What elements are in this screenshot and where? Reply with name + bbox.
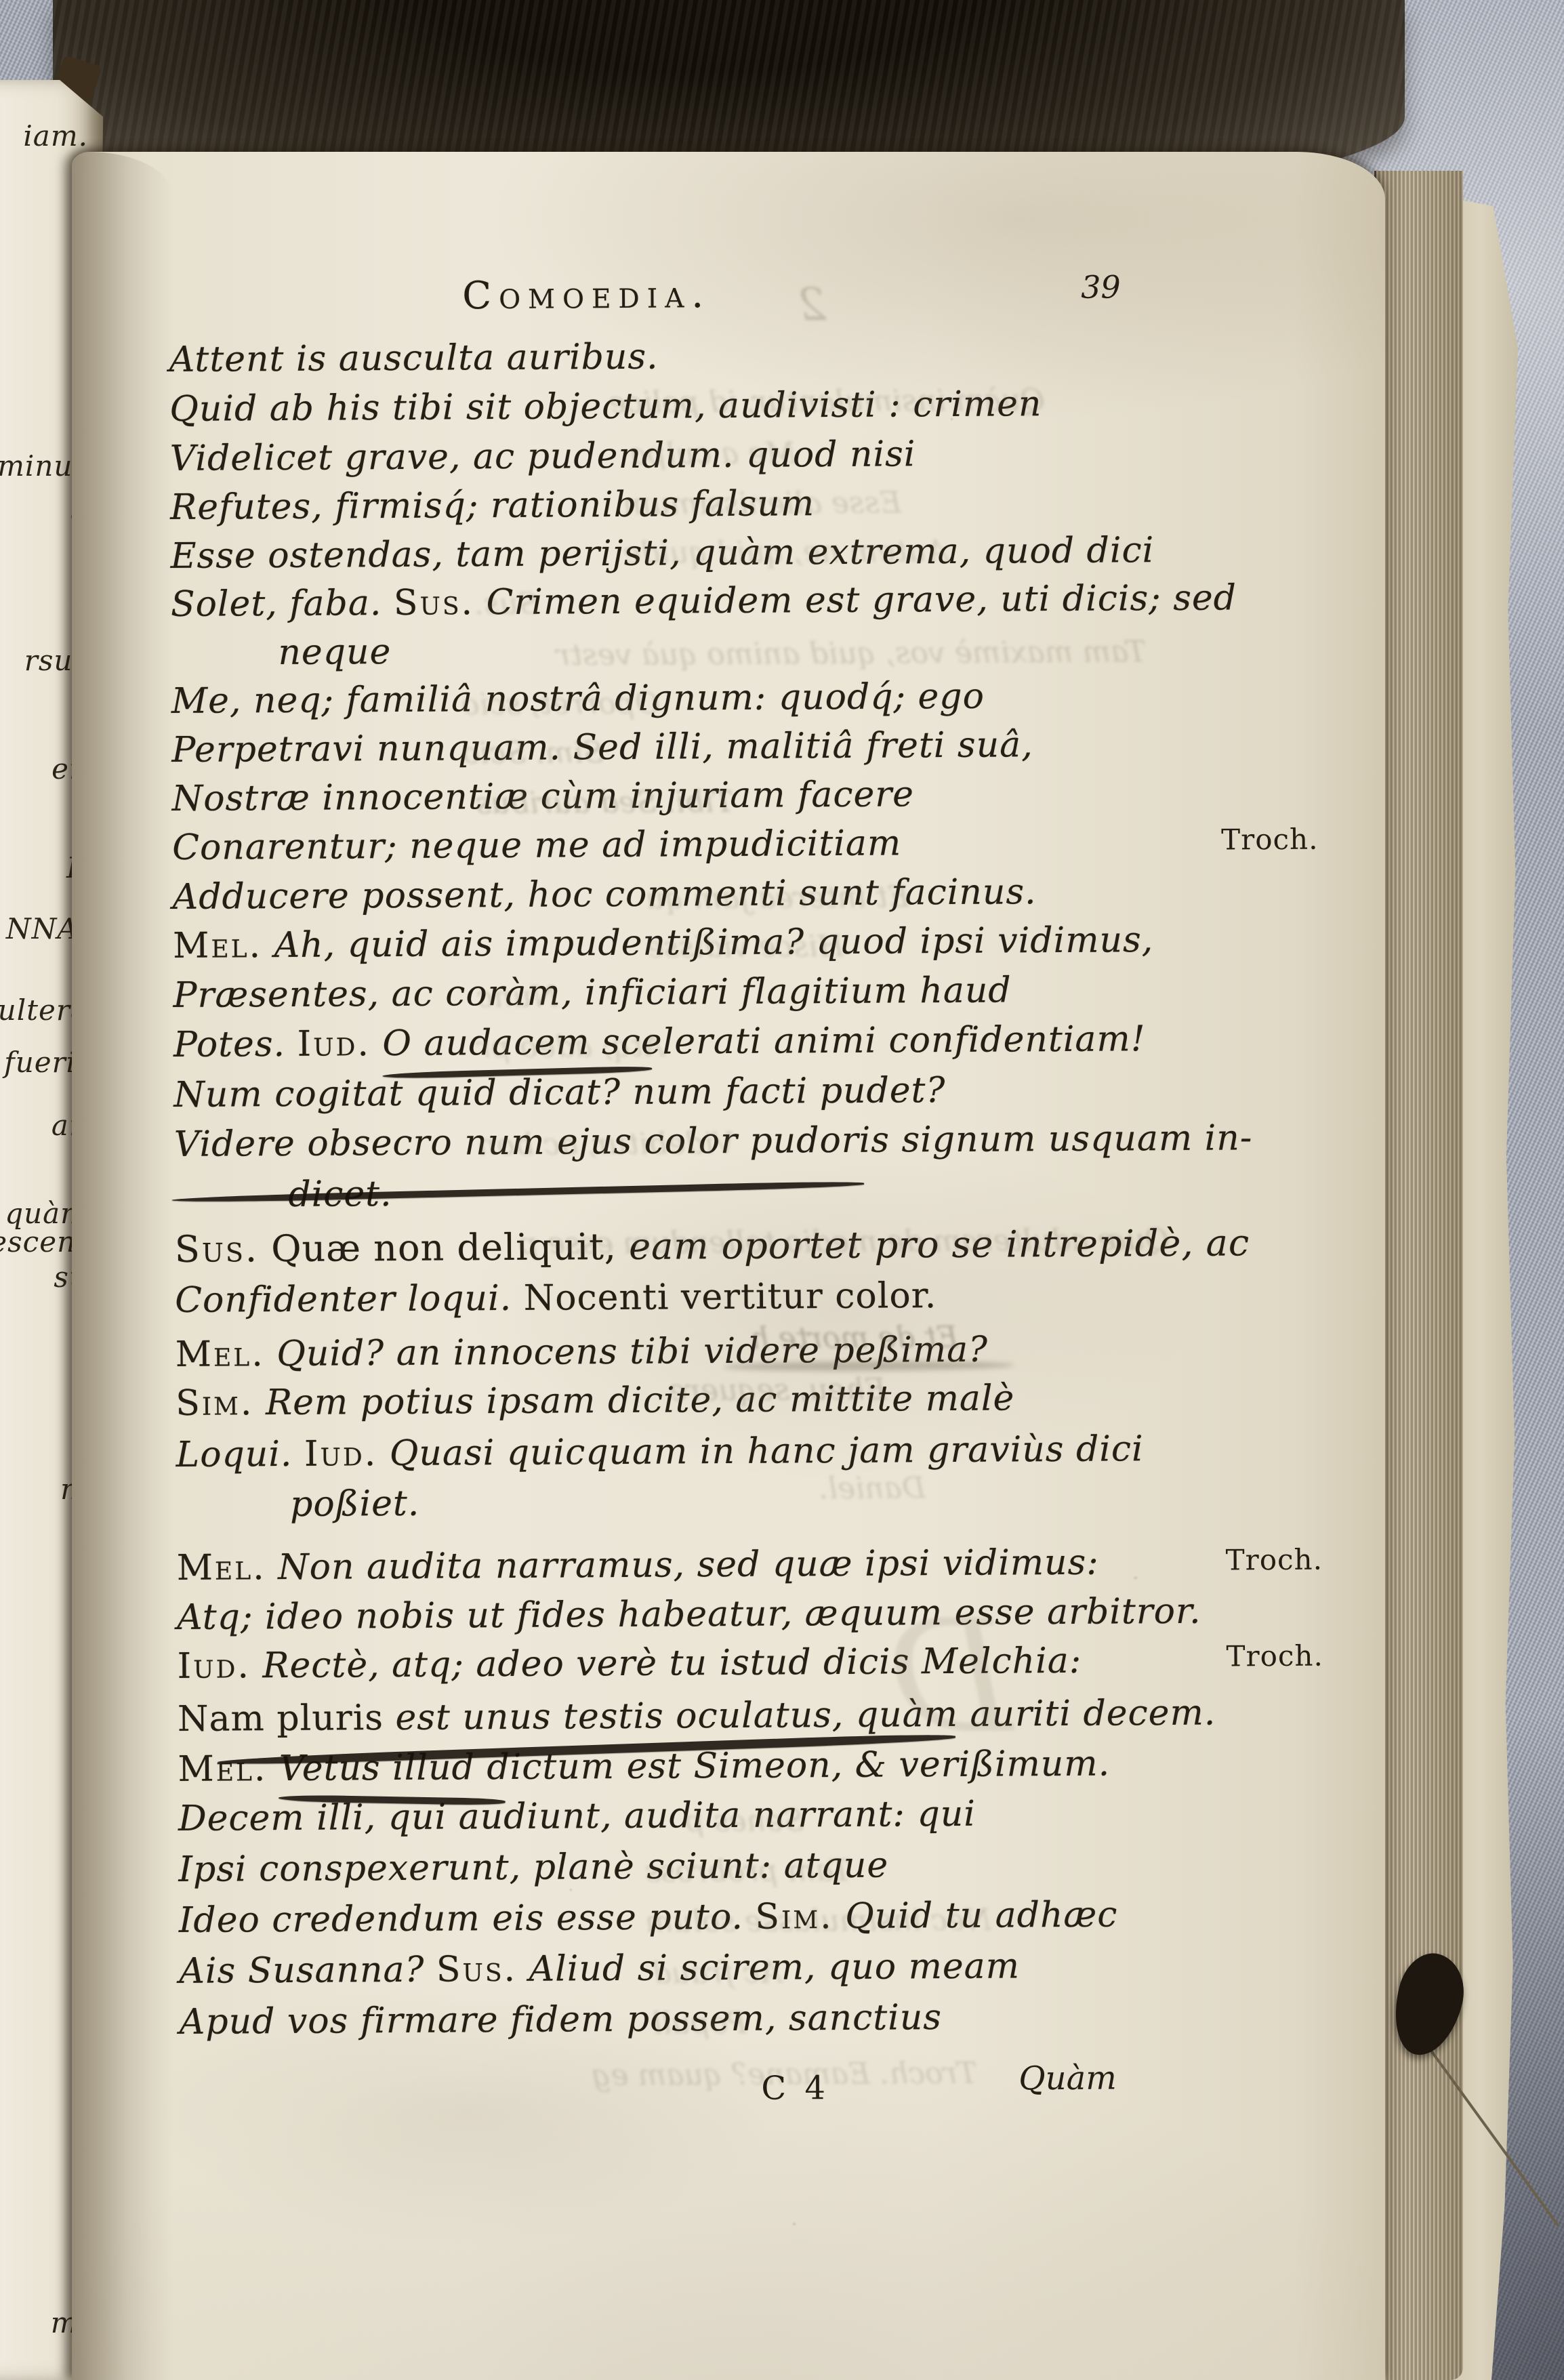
text-run: Confidenter loqui. (175, 1278, 524, 1321)
show-through-text: Popull (653, 2006, 747, 2041)
handwritten-underline (171, 1181, 864, 1204)
text-run: Rem potius ipsam dicite, ac mittite malè (253, 1378, 1014, 1423)
show-through-text: Esse alienissimum (623, 485, 901, 522)
text-run: Mel. (176, 1334, 265, 1375)
show-through-text: Et interea jam qu (646, 880, 910, 916)
show-through-text: Atq; adeo pr (477, 1029, 664, 1065)
text-line: Videlicet grave, ac pudendum. quod nisi (170, 434, 916, 479)
catchword: Quàm (1018, 2059, 1117, 2098)
text-line: neque (278, 632, 391, 673)
text-run: Mel. (173, 925, 262, 966)
text-run: Attent is ausculta auribus. (169, 337, 659, 380)
show-through-text: Sus. (474, 587, 539, 622)
text-run: Crimen equidem est grave, uti dicis; sed (474, 577, 1237, 623)
text-run: Sus. (175, 1227, 260, 1271)
margin-note-troch: Troch. (1221, 823, 1319, 857)
text-run: Num cogitat quid dicat? num facti pudet? (173, 1070, 945, 1115)
show-through-text: Et de morte h (750, 1320, 959, 1356)
text-line: Apud vos firmare fidem possem, sanctius (180, 1997, 942, 2043)
text-run: Mel. (178, 1748, 267, 1790)
text-run: Nam pluris (178, 1698, 396, 1740)
text-line: Nam pluris est unus testis oculatus, quà… (178, 1693, 1216, 1740)
photo-of-book-page: { "scene": { "description": "Photograph … (0, 0, 1564, 2380)
text-line: Mel. Non audita narramus, sed quæ ipsi v… (177, 1542, 1099, 1588)
text-line: Conarentur; neque me ad impudicitiam (172, 823, 901, 868)
running-header-title: Comoedia. (462, 272, 711, 318)
show-through-text: Tam maximè vos, quid animo quà vestr (556, 634, 1146, 672)
show-through-text: Nec insimulasse solum (645, 1903, 991, 1940)
text-run: poßiet. (290, 1483, 420, 1525)
text-run: Sim. (176, 1382, 254, 1424)
text-line: Præsentes, ac coràm, inficiari flagitium… (173, 970, 1011, 1016)
text-run: Mel. (177, 1547, 266, 1588)
text-run: Conarentur; neque me ad impudicitiam (172, 823, 901, 868)
text-run: Sus. (394, 582, 475, 623)
show-through-text: 2 (798, 279, 826, 331)
show-through-text: Nunc (476, 980, 558, 1015)
show-through-text: Videbitur, ac bon (478, 1126, 735, 1162)
text-line: Confidenter loqui. Nocenti vertitur colo… (175, 1275, 937, 1321)
text-run: Apud vos firmare fidem possem, sanctius (180, 1997, 942, 2043)
text-run: Iud. (304, 1433, 378, 1475)
text-line: Attent is ausculta auribus. (169, 337, 659, 380)
text-run: Præsentes, ac coràm, inficiari flagitium… (173, 970, 1011, 1016)
show-through-text: Me a culpa (630, 436, 797, 472)
show-through-text: Quàm insimulantur, id police (609, 383, 1045, 420)
margin-note-troch: Troch. (1226, 1639, 1323, 1673)
show-through-text: Quæ adulteram de medio tollendum esse p (519, 1223, 1170, 1261)
printed-text-block: Comoedia. 39 Attent is ausculta auribus.… (65, 148, 1392, 2380)
text-line: Ais Susanna? Sus. Aliud si scirem, quo m… (179, 1946, 1020, 1992)
page-number: 39 (1081, 268, 1121, 305)
text-run: Videlicet grave, ac pudendum. quod nisi (170, 434, 916, 479)
text-run: Iud. (297, 1023, 371, 1065)
show-through-text: Autem ne, quid quide (623, 534, 948, 571)
text-line: Atq; ideo nobis ut fides habeatur, æquum… (177, 1591, 1201, 1638)
facing-page-text-fragment: iam. (23, 119, 88, 152)
show-through-text: Daniel. (819, 1471, 926, 1506)
text-run: Potes. (173, 1024, 297, 1065)
show-through-text: Tibi. Sed auribus (476, 785, 734, 821)
show-through-text: Tam probross (644, 1853, 851, 1889)
text-line: Solet, faba. Sus. Crimen equidem est gra… (171, 577, 1237, 625)
show-through-text: Sim. Scio (461, 735, 604, 771)
show-through-text: Ac fraud (652, 1956, 781, 1991)
text-run: Non audita narramus, sed quæ ipsi vidimu… (266, 1542, 1098, 1588)
show-through-text: Eheu, sequere (669, 1372, 886, 1408)
text-line: Num cogitat quid dicat? num facti pudet? (173, 1070, 945, 1115)
book-page: Comoedia. 39 Attent is ausculta auribus.… (72, 152, 1385, 2380)
text-run: Quasi quicquam in hanc jam graviùs dici (377, 1429, 1144, 1474)
text-run: Loqui. (176, 1434, 305, 1475)
show-through-text: Oporret, scio (461, 686, 660, 722)
show-through-text: Hisce vidisse (646, 929, 844, 965)
text-run: neque (278, 632, 391, 673)
show-through-text: Senes p (685, 1803, 804, 1839)
margin-note-troch: Troch. (1226, 1543, 1323, 1577)
text-line: Sim. Rem potius ipsam dicite, ac mittite… (176, 1378, 1014, 1424)
text-run: Atq; ideo nobis ut fides habeatur, æquum… (177, 1591, 1201, 1638)
text-line: poßiet. (290, 1483, 420, 1525)
text-run: est unus testis oculatus, quàm auriti de… (395, 1693, 1216, 1738)
text-run: Sus. (436, 1949, 518, 1990)
text-line: Loqui. Iud. Quasi quicquam in hanc jam g… (176, 1429, 1144, 1475)
gathering-signature: C 4 (761, 2069, 829, 2108)
text-run: Nocenti vertitur color. (524, 1275, 937, 1319)
text-run: Solet, faba. (171, 583, 394, 625)
text-run: Ais Susanna? (179, 1950, 436, 1992)
text-run: Iud. (177, 1645, 251, 1687)
